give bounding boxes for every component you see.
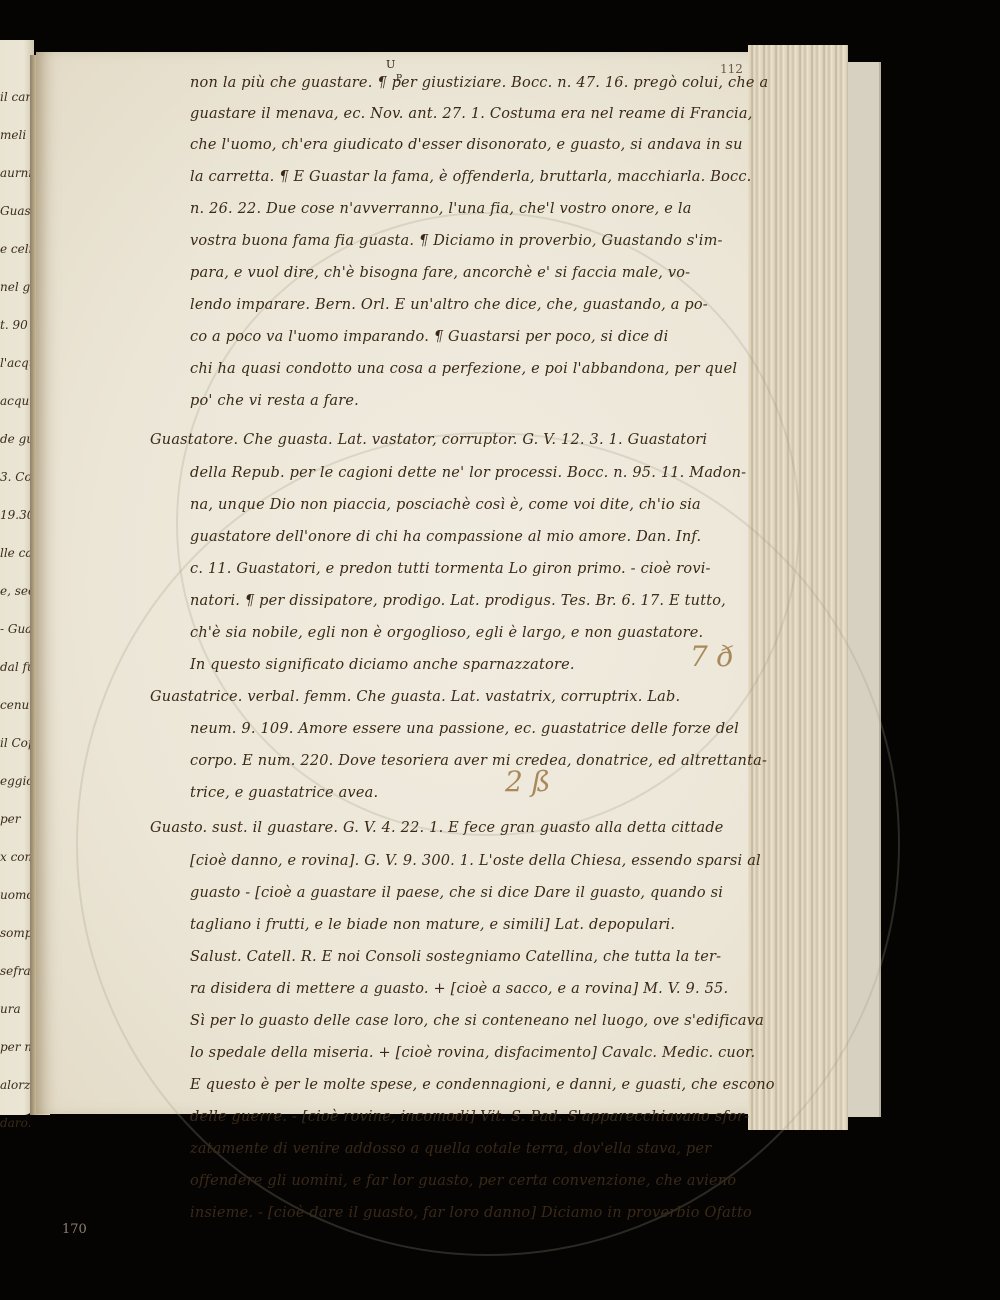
left-page-fragment: il Cop [0,736,34,750]
manuscript-line: Guasto. sust. il guastare. G. V. 4. 22. … [150,820,724,836]
left-page-fragment: 3. Con [0,470,34,484]
manuscript-line: Guastatore. Che guasta. Lat. vastator, c… [150,432,707,448]
manuscript-line: [cioè danno, e rovina]. G. V. 9. 300. 1.… [190,853,761,869]
left-page-fragment: lle ca [0,546,34,560]
manuscript-line: guastare il menava, ec. Nov. ant. 27. 1.… [190,106,753,122]
left-page-fragment: alorz [0,1078,34,1092]
left-page-fragment: daro. [0,1116,34,1130]
manuscript-line: Sì per lo guasto delle case loro, che si… [190,1013,764,1029]
left-page-fragment: il can [0,90,34,104]
manuscript-line: vostra buona fama fia guasta. ¶ Diciamo … [190,233,723,249]
left-page-fragment: Guasso [0,204,34,218]
left-page-fragment: x cono [0,850,34,864]
left-facing-page: il canmeli gaurniGuassoe celisnel gt. 90… [0,40,34,1115]
manuscript-line: E questo è per le molte spese, e condenn… [190,1077,775,1093]
manuscript-line: Salust. Catell. R. E noi Consoli sostegn… [190,949,721,965]
manuscript-line: c. 11. Guastatori, e predon tutti tormen… [190,561,711,577]
left-page-fragment: aurni [0,166,34,180]
left-page-fragment: 19.30. [0,508,34,522]
manuscript-line: lendo imparare. Bern. Orl. E un'altro ch… [190,297,708,313]
manuscript-line: della Repub. per le cagioni dette ne' lo… [190,465,746,481]
manuscript-line: ch'è sia nobile, egli non è orgoglioso, … [190,625,703,641]
manuscript-line: neum. 9. 109. Amore essere una passione,… [190,721,739,737]
manuscript-line: guastatore dell'onore di chi ha compassi… [190,529,701,545]
left-page-fragment: per me [0,1040,34,1054]
manuscript-line: In questo significato diciamo anche spar… [190,657,575,673]
pencil-mark-1: 7 ð [690,640,734,673]
manuscript-line: delle guerre. - [cioè rovine, incomodi] … [190,1109,749,1125]
left-page-fragment: sefra [0,964,34,978]
left-page-fragment: uomo [0,888,34,902]
left-page-fragment: l'acqua [0,356,34,370]
manuscript-line: non la più che guastare. ¶ per giustizia… [190,75,768,91]
folio-number: 112 [720,62,743,76]
manuscript-photo: il canmeli gaurniGuassoe celisnel gt. 90… [0,0,1000,1300]
left-page-fragment: cenu [0,698,34,712]
manuscript-line: natori. ¶ per dissipatore, prodigo. Lat.… [190,593,726,609]
left-page-fragment: dal fu [0,660,34,674]
manuscript-line: trice, e guastatrice avea. [190,785,378,801]
left-page-fragment: de gu [0,432,34,446]
left-page-fragment: t. 90 [0,318,34,332]
manuscript-line: che l'uomo, ch'era giudicato d'esser dis… [190,137,743,153]
manuscript-line: Guastatrice. verbal. femm. Che guasta. L… [150,689,680,705]
left-page-fragment: per [0,812,34,826]
manuscript-line: ra disidera di mettere a guasto. + [cioè… [190,981,728,997]
left-page-fragment: acqui [0,394,34,408]
manuscript-line: na, unque Dio non piaccia, posciachè cos… [190,497,701,513]
manuscript-line: tagliano i frutti, e le biade non mature… [190,917,675,933]
manuscript-line: zatamente di venire addosso a quella cot… [190,1141,711,1157]
interlinear-note-top: U [386,58,395,71]
manuscript-line: la carretta. ¶ E Guastar la fama, è offe… [190,169,751,185]
left-page-fragment: meli g [0,128,34,142]
manuscript-line: chi ha quasi condotto una cosa a perfezi… [190,361,737,377]
left-page-fragment: e celis [0,242,34,256]
left-page-fragment: ura [0,1002,34,1016]
manuscript-line: offendere gli uomini, e far lor guasto, … [190,1173,736,1189]
left-page-fragment: - Gua [0,622,34,636]
manuscript-line: co a poco va l'uomo imparando. ¶ Guastar… [190,329,668,345]
manuscript-line: guasto - [cioè a guastare il paese, che … [190,885,723,901]
manuscript-line: lo spedale della miseria. + [cioè rovina… [190,1045,755,1061]
manuscript-line: po' che vi resta a fare. [190,393,359,409]
left-page-fragment: eggio [0,774,34,788]
manuscript-line: n. 26. 22. Due cose n'avverranno, l'una … [190,201,692,217]
left-page-fragment: nel g [0,280,34,294]
pencil-mark-2: 2 ß [505,765,550,798]
left-page-fragment: e, seco [0,584,34,598]
manuscript-line: insieme. - [cioè dare il guasto, far lor… [190,1205,752,1221]
manuscript-line: para, e vuol dire, ch'è bisogna fare, an… [190,265,690,281]
bottom-page-number: 170 [62,1222,87,1237]
manuscript-line: corpo. E num. 220. Dove tesoriera aver m… [190,753,767,769]
page-edges-stack [748,45,848,1130]
left-page-fragment: sompo [0,926,34,940]
